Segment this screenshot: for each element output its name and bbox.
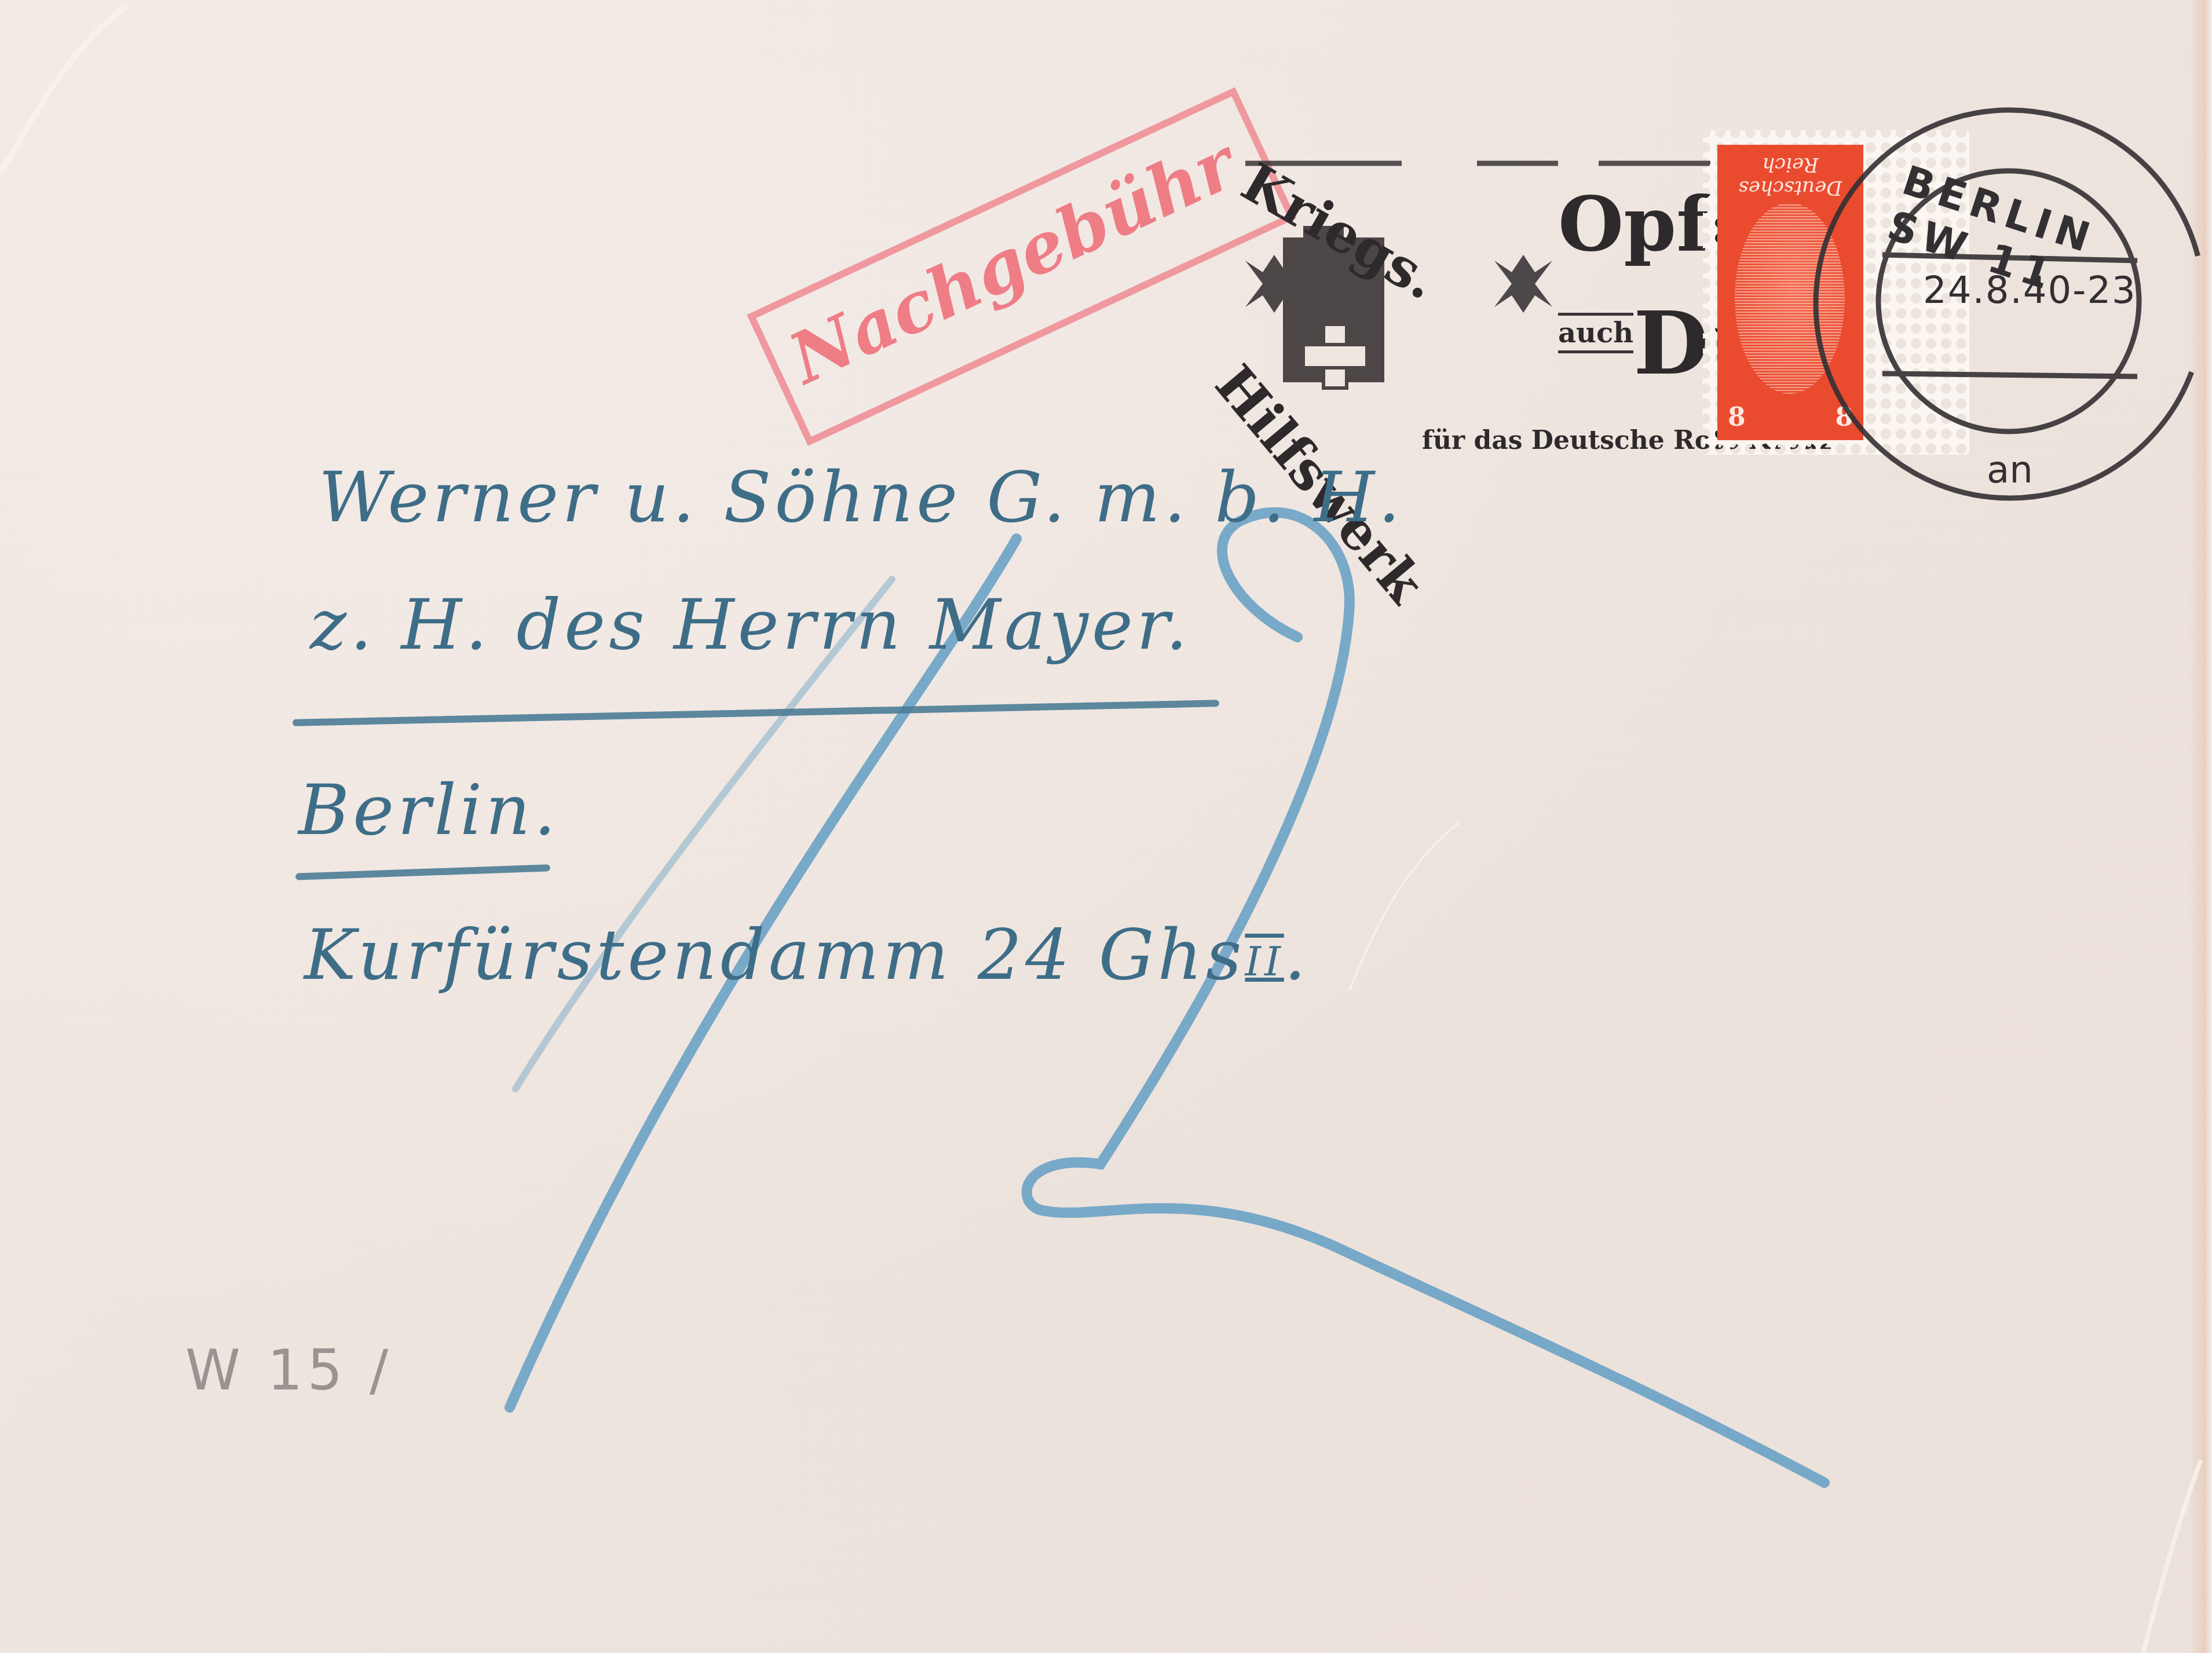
address-line-2: z. H. des Herrn Mayer. bbox=[310, 585, 1191, 665]
address-line-1: Werner u. Söhne G. m. b. H. bbox=[319, 458, 1403, 538]
address-line-3: Berlin. bbox=[298, 770, 560, 851]
address-line-4: Kurfürstendamm 24 GhsII. bbox=[304, 915, 1310, 996]
address-floor: II bbox=[1245, 938, 1284, 985]
pencil-note: W 15 / bbox=[185, 1338, 393, 1403]
address-period: . bbox=[1284, 915, 1310, 996]
postmark-date: 24.8.40-23 bbox=[1923, 269, 2137, 312]
envelope: Nachgebühr Kriegs. Hilfswerk für das Deu… bbox=[0, 0, 2212, 1653]
postmark-code: an bbox=[1987, 449, 2033, 492]
address-street: Kurfürstendamm 24 Ghs bbox=[304, 915, 1245, 996]
